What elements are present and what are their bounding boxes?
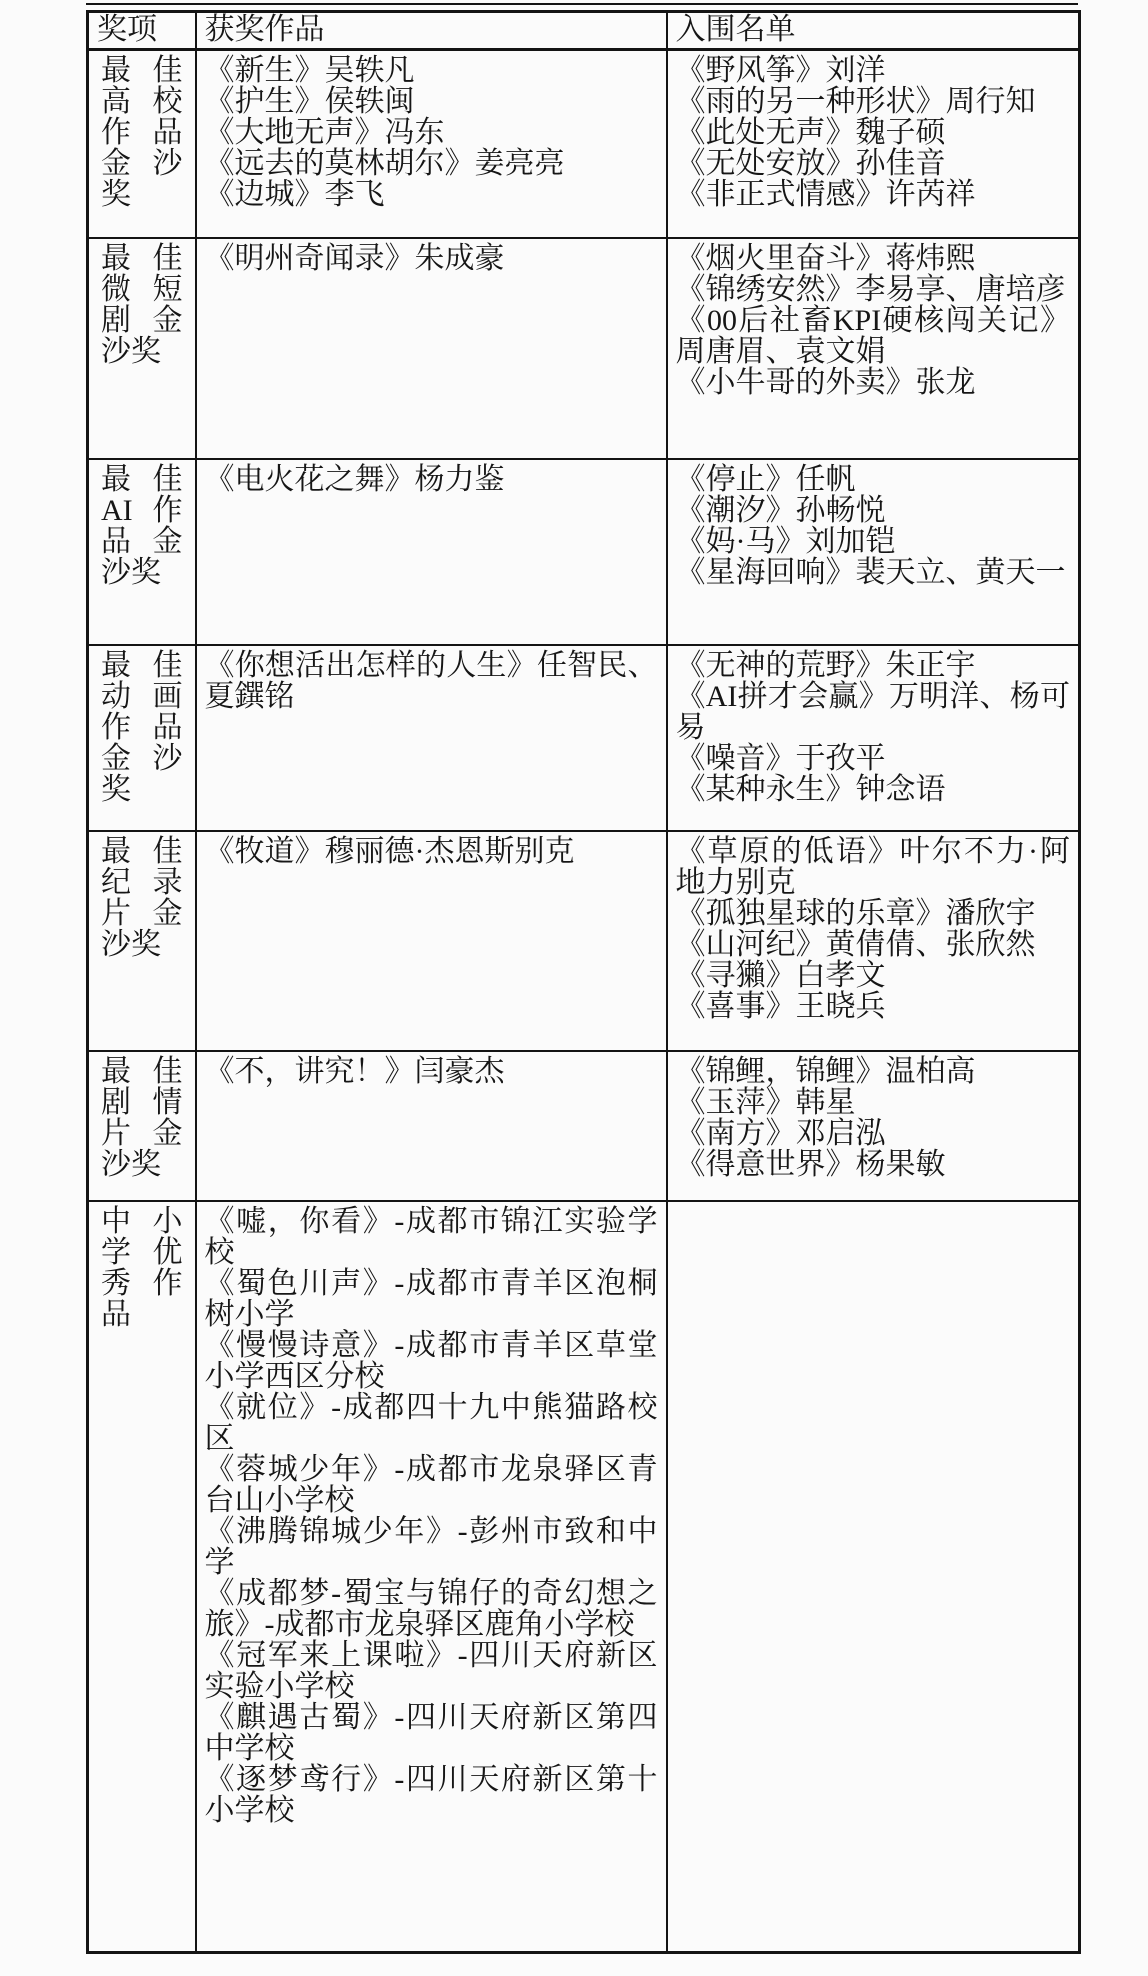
winners-cell: 《嘘，你看》-成都市锦江实验学校 《蜀色川声》-成都市青羊区泡桐树小学 《慢慢诗… <box>196 1201 667 1953</box>
winners-cell: 《牧道》穆丽德·杰恩斯别克 <box>196 831 667 1051</box>
winners-cell: 《新生》吴轶凡 《护生》侯轶闽 《大地无声》冯东 《远去的莫林胡尔》姜亮亮 《边… <box>196 50 667 238</box>
shortlist-cell <box>667 1201 1080 1953</box>
col-header-winning-works: 获奖作品 <box>196 12 667 50</box>
award-cell: 最佳高校作品金沙奖 <box>88 50 196 238</box>
winners-cell: 《不，讲究！》闫豪杰 <box>196 1051 667 1201</box>
winners-cell: 《明州奇闻录》朱成豪 <box>196 238 667 459</box>
shortlist-cell: 《烟火里奋斗》蒋炜熙 《锦绣安然》李易享、唐培彦 《00后社畜KPI硬核闯关记》… <box>667 238 1080 459</box>
award-row: 最佳微短剧金沙奖《明州奇闻录》朱成豪《烟火里奋斗》蒋炜熙 《锦绣安然》李易享、唐… <box>88 238 1080 459</box>
award-cell: 最佳动画作品金沙奖 <box>88 645 196 831</box>
awards-table: 奖项 获奖作品 入围名单 最佳高校作品金沙奖《新生》吴轶凡 《护生》侯轶闽 《大… <box>86 10 1081 1954</box>
award-cell: 最佳微短剧金沙奖 <box>88 238 196 459</box>
col-header-shortlist: 入围名单 <box>667 12 1080 50</box>
award-row: 最佳AI作品金沙奖《电火花之舞》杨力鉴《停止》任帆 《潮汐》孙畅悦 《妈·马》刘… <box>88 459 1080 645</box>
shortlist-cell: 《无神的荒野》朱正宇 《AI拼才会赢》万明洋、杨可易 《噪音》于孜平 《某种永生… <box>667 645 1080 831</box>
award-cell: 最佳剧情片金沙奖 <box>88 1051 196 1201</box>
winners-cell: 《你想活出怎样的人生》任智民、夏鐉铭 <box>196 645 667 831</box>
award-row: 最佳高校作品金沙奖《新生》吴轶凡 《护生》侯轶闽 《大地无声》冯东 《远去的莫林… <box>88 50 1080 238</box>
shortlist-cell: 《锦鲤，锦鲤》温柏高 《玉萍》韩星 《南方》邓启泓 《得意世界》杨果敏 <box>667 1051 1080 1201</box>
award-cell: 最佳AI作品金沙奖 <box>88 459 196 645</box>
shortlist-cell: 《草原的低语》叶尔不力·阿地力别克 《孤独星球的乐章》潘欣宇 《山河纪》黄倩倩、… <box>667 831 1080 1051</box>
top-divider-line <box>86 3 1078 5</box>
award-cell: 中小学优秀作品 <box>88 1201 196 1953</box>
shortlist-cell: 《野风筝》刘洋 《雨的另一种形状》周行知 《此处无声》魏子硕 《无处安放》孙佳音… <box>667 50 1080 238</box>
award-row: 最佳动画作品金沙奖《你想活出怎样的人生》任智民、夏鐉铭《无神的荒野》朱正宇 《A… <box>88 645 1080 831</box>
awards-table-body: 最佳高校作品金沙奖《新生》吴轶凡 《护生》侯轶闽 《大地无声》冯东 《远去的莫林… <box>88 50 1080 1953</box>
shortlist-cell: 《停止》任帆 《潮汐》孙畅悦 《妈·马》刘加铠 《星海回响》裴天立、黄天一 <box>667 459 1080 645</box>
award-cell: 最佳纪录片金沙奖 <box>88 831 196 1051</box>
award-row: 最佳剧情片金沙奖《不，讲究！》闫豪杰《锦鲤，锦鲤》温柏高 《玉萍》韩星 《南方》… <box>88 1051 1080 1201</box>
award-row: 最佳纪录片金沙奖《牧道》穆丽德·杰恩斯别克《草原的低语》叶尔不力·阿地力别克 《… <box>88 831 1080 1051</box>
col-header-award: 奖项 <box>88 12 196 50</box>
header-row: 奖项 获奖作品 入围名单 <box>88 12 1080 50</box>
winners-cell: 《电火花之舞》杨力鉴 <box>196 459 667 645</box>
award-row: 中小学优秀作品《嘘，你看》-成都市锦江实验学校 《蜀色川声》-成都市青羊区泡桐树… <box>88 1201 1080 1953</box>
